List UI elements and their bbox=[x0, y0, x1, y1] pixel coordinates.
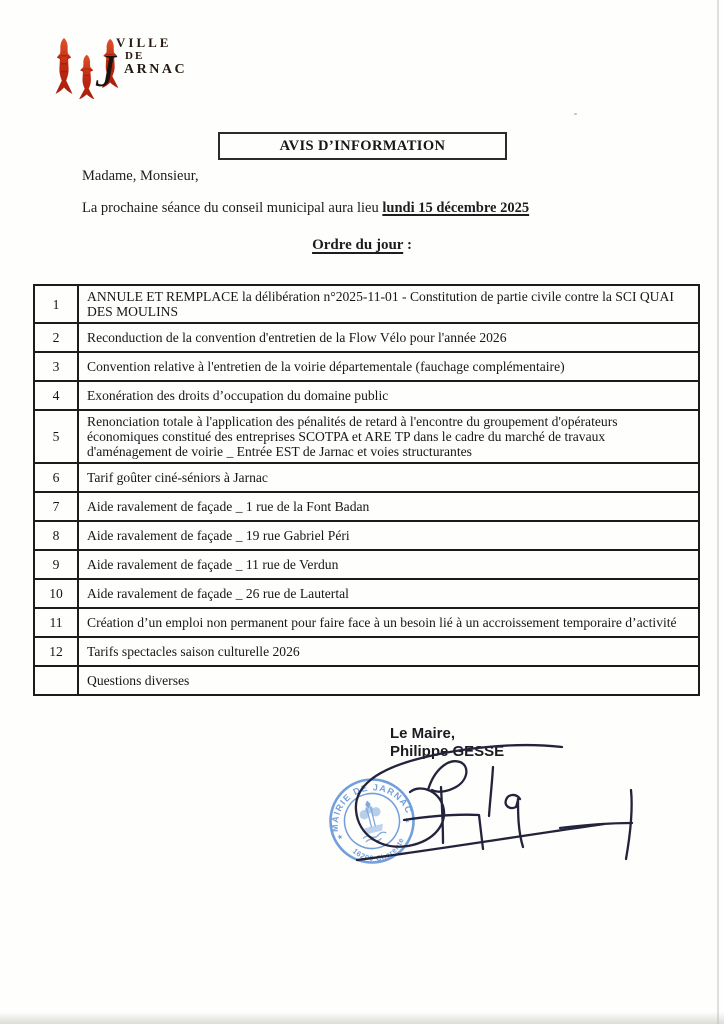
agenda-item-number: 5 bbox=[34, 410, 78, 463]
agenda-item-number: 8 bbox=[34, 521, 78, 550]
agenda-row: 6 Tarif goûter ciné-séniors à Jarnac bbox=[34, 463, 699, 492]
notice-title-box: AVIS D’INFORMATION bbox=[218, 132, 507, 160]
scan-edge-right bbox=[717, 0, 719, 1024]
agenda-heading: Ordre du jour : bbox=[0, 237, 724, 254]
agenda-row: 5 Renonciation totale à l'application de… bbox=[34, 410, 699, 463]
agenda-item-number: 10 bbox=[34, 579, 78, 608]
agenda-row: 7 Aide ravalement de façade _ 1 rue de l… bbox=[34, 492, 699, 521]
agenda-row: 9 Aide ravalement de façade _ 11 rue de … bbox=[34, 550, 699, 579]
salutation: Madame, Monsieur, bbox=[82, 168, 199, 185]
logo-text-arnac: arnac bbox=[124, 62, 187, 78]
agenda-table-body: 1 ANNULE ET REMPLACE la délibération n°2… bbox=[34, 285, 699, 695]
agenda-row: Questions diverses bbox=[34, 666, 699, 695]
agenda-item-number: 9 bbox=[34, 550, 78, 579]
agenda-item-text: Aide ravalement de façade _ 26 rue de La… bbox=[78, 579, 699, 608]
logo-text-de: de bbox=[125, 50, 144, 62]
agenda-item-number bbox=[34, 666, 78, 695]
agenda-item-number: 6 bbox=[34, 463, 78, 492]
scan-edge-bottom bbox=[0, 1012, 724, 1024]
scanned-notice-page: Ville de J arnac AVIS D’INFORMATION Mada… bbox=[0, 0, 724, 1024]
handwritten-signature-icon bbox=[345, 738, 645, 873]
agenda-row: 11 Création d’un emploi non permanent po… bbox=[34, 608, 699, 637]
agenda-row: 8 Aide ravalement de façade _ 19 rue Gab… bbox=[34, 521, 699, 550]
agenda-row: 2 Reconduction de la convention d'entret… bbox=[34, 323, 699, 352]
agenda-item-text: Reconduction de la convention d'entretie… bbox=[78, 323, 699, 352]
agenda-item-text: Création d’un emploi non permanent pour … bbox=[78, 608, 699, 637]
agenda-item-text: Questions diverses bbox=[78, 666, 699, 695]
agenda-item-number: 3 bbox=[34, 352, 78, 381]
agenda-item-text: Exonération des droits d’occupation du d… bbox=[78, 381, 699, 410]
agenda-row: 4 Exonération des droits d’occupation du… bbox=[34, 381, 699, 410]
agenda-row: 10 Aide ravalement de façade _ 26 rue de… bbox=[34, 579, 699, 608]
agenda-item-text: ANNULE ET REMPLACE la délibération n°202… bbox=[78, 285, 699, 323]
agenda-item-text: Convention relative à l'entretien de la … bbox=[78, 352, 699, 381]
agenda-item-number: 7 bbox=[34, 492, 78, 521]
agenda-item-text: Aide ravalement de façade _ 11 rue de Ve… bbox=[78, 550, 699, 579]
meeting-date: lundi 15 décembre 2025 bbox=[382, 200, 529, 216]
agenda-item-number: 1 bbox=[34, 285, 78, 323]
scan-speck bbox=[574, 113, 577, 115]
agenda-heading-colon: : bbox=[403, 237, 412, 253]
agenda-item-text: Renonciation totale à l'application des … bbox=[78, 410, 699, 463]
agenda-item-text: Aide ravalement de façade _ 19 rue Gabri… bbox=[78, 521, 699, 550]
stamp-star-left-icon: ★ bbox=[336, 833, 344, 842]
intro-prefix: La prochaine séance du conseil municipal… bbox=[82, 200, 382, 216]
agenda-item-number: 12 bbox=[34, 637, 78, 666]
agenda-row: 3 Convention relative à l'entretien de l… bbox=[34, 352, 699, 381]
agenda-item-number: 11 bbox=[34, 608, 78, 637]
intro-line: La prochaine séance du conseil municipal… bbox=[82, 200, 529, 217]
agenda-item-text: Aide ravalement de façade _ 1 rue de la … bbox=[78, 492, 699, 521]
agenda-item-text: Tarifs spectacles saison culturelle 2026 bbox=[78, 637, 699, 666]
logo-text-ville: Ville bbox=[116, 35, 171, 51]
agenda-item-text: Tarif goûter ciné-séniors à Jarnac bbox=[78, 463, 699, 492]
agenda-row: 12 Tarifs spectacles saison culturelle 2… bbox=[34, 637, 699, 666]
agenda-item-number: 2 bbox=[34, 323, 78, 352]
agenda-row: 1 ANNULE ET REMPLACE la délibération n°2… bbox=[34, 285, 699, 323]
notice-title: AVIS D’INFORMATION bbox=[280, 138, 446, 155]
agenda-item-number: 4 bbox=[34, 381, 78, 410]
logo-text-j-initial: J bbox=[95, 48, 115, 94]
agenda-heading-text: Ordre du jour bbox=[312, 237, 403, 253]
agenda-table: 1 ANNULE ET REMPLACE la délibération n°2… bbox=[33, 284, 700, 696]
